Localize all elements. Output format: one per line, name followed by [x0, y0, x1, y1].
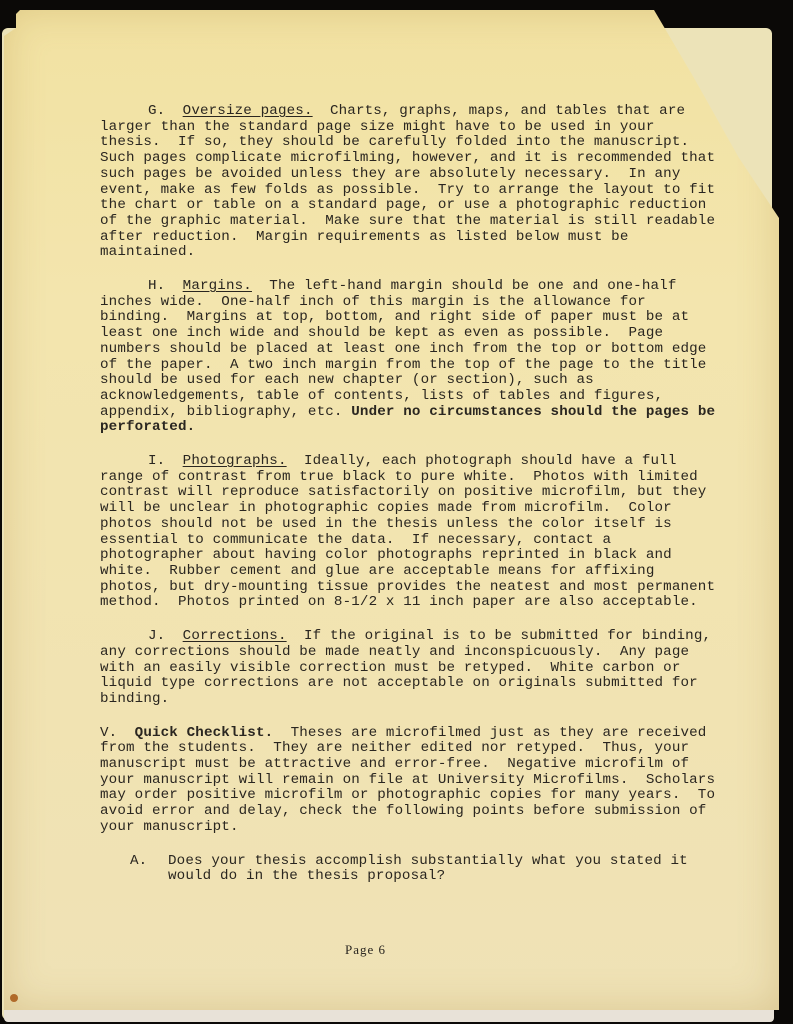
section-label: I.	[148, 453, 165, 469]
section-heading: Quick Checklist.	[135, 725, 274, 741]
section-label: J.	[148, 628, 165, 644]
section-g: G. Oversize pages. Charts, graphs, maps,…	[100, 104, 720, 261]
paper-stack-edge	[4, 1010, 774, 1022]
section-heading: Photographs.	[183, 453, 287, 469]
page-number: Page 6	[345, 942, 386, 958]
section-body: Charts, graphs, maps, and tables that ar…	[100, 103, 724, 260]
section-j: J. Corrections. If the original is to be…	[100, 629, 720, 708]
checklist-item-letter: A.	[130, 854, 168, 885]
section-body: Theses are microfilmed just as they are …	[100, 725, 724, 835]
section-i: I. Photographs. Ideally, each photograph…	[100, 454, 720, 611]
section-body: Ideally, each photograph should have a f…	[100, 453, 724, 610]
section-heading: Corrections.	[183, 628, 287, 644]
checklist-item-text: Does your thesis accomplish substantiall…	[168, 854, 720, 885]
section-h: H. Margins. The left-hand margin should …	[100, 279, 720, 436]
checklist-item: A. Does your thesis accomplish substanti…	[130, 854, 720, 885]
page-body: G. Oversize pages. Charts, graphs, maps,…	[100, 104, 720, 885]
section-checklist: V. Quick Checklist. Theses are microfilm…	[100, 726, 720, 836]
section-heading: Margins.	[183, 278, 252, 294]
section-label: V.	[100, 725, 117, 741]
section-body: The left-hand margin should be one and o…	[100, 278, 715, 420]
section-heading: Oversize pages.	[183, 103, 313, 119]
section-label: H.	[148, 278, 165, 294]
paper-stain	[10, 994, 18, 1002]
section-label: G.	[148, 103, 165, 119]
